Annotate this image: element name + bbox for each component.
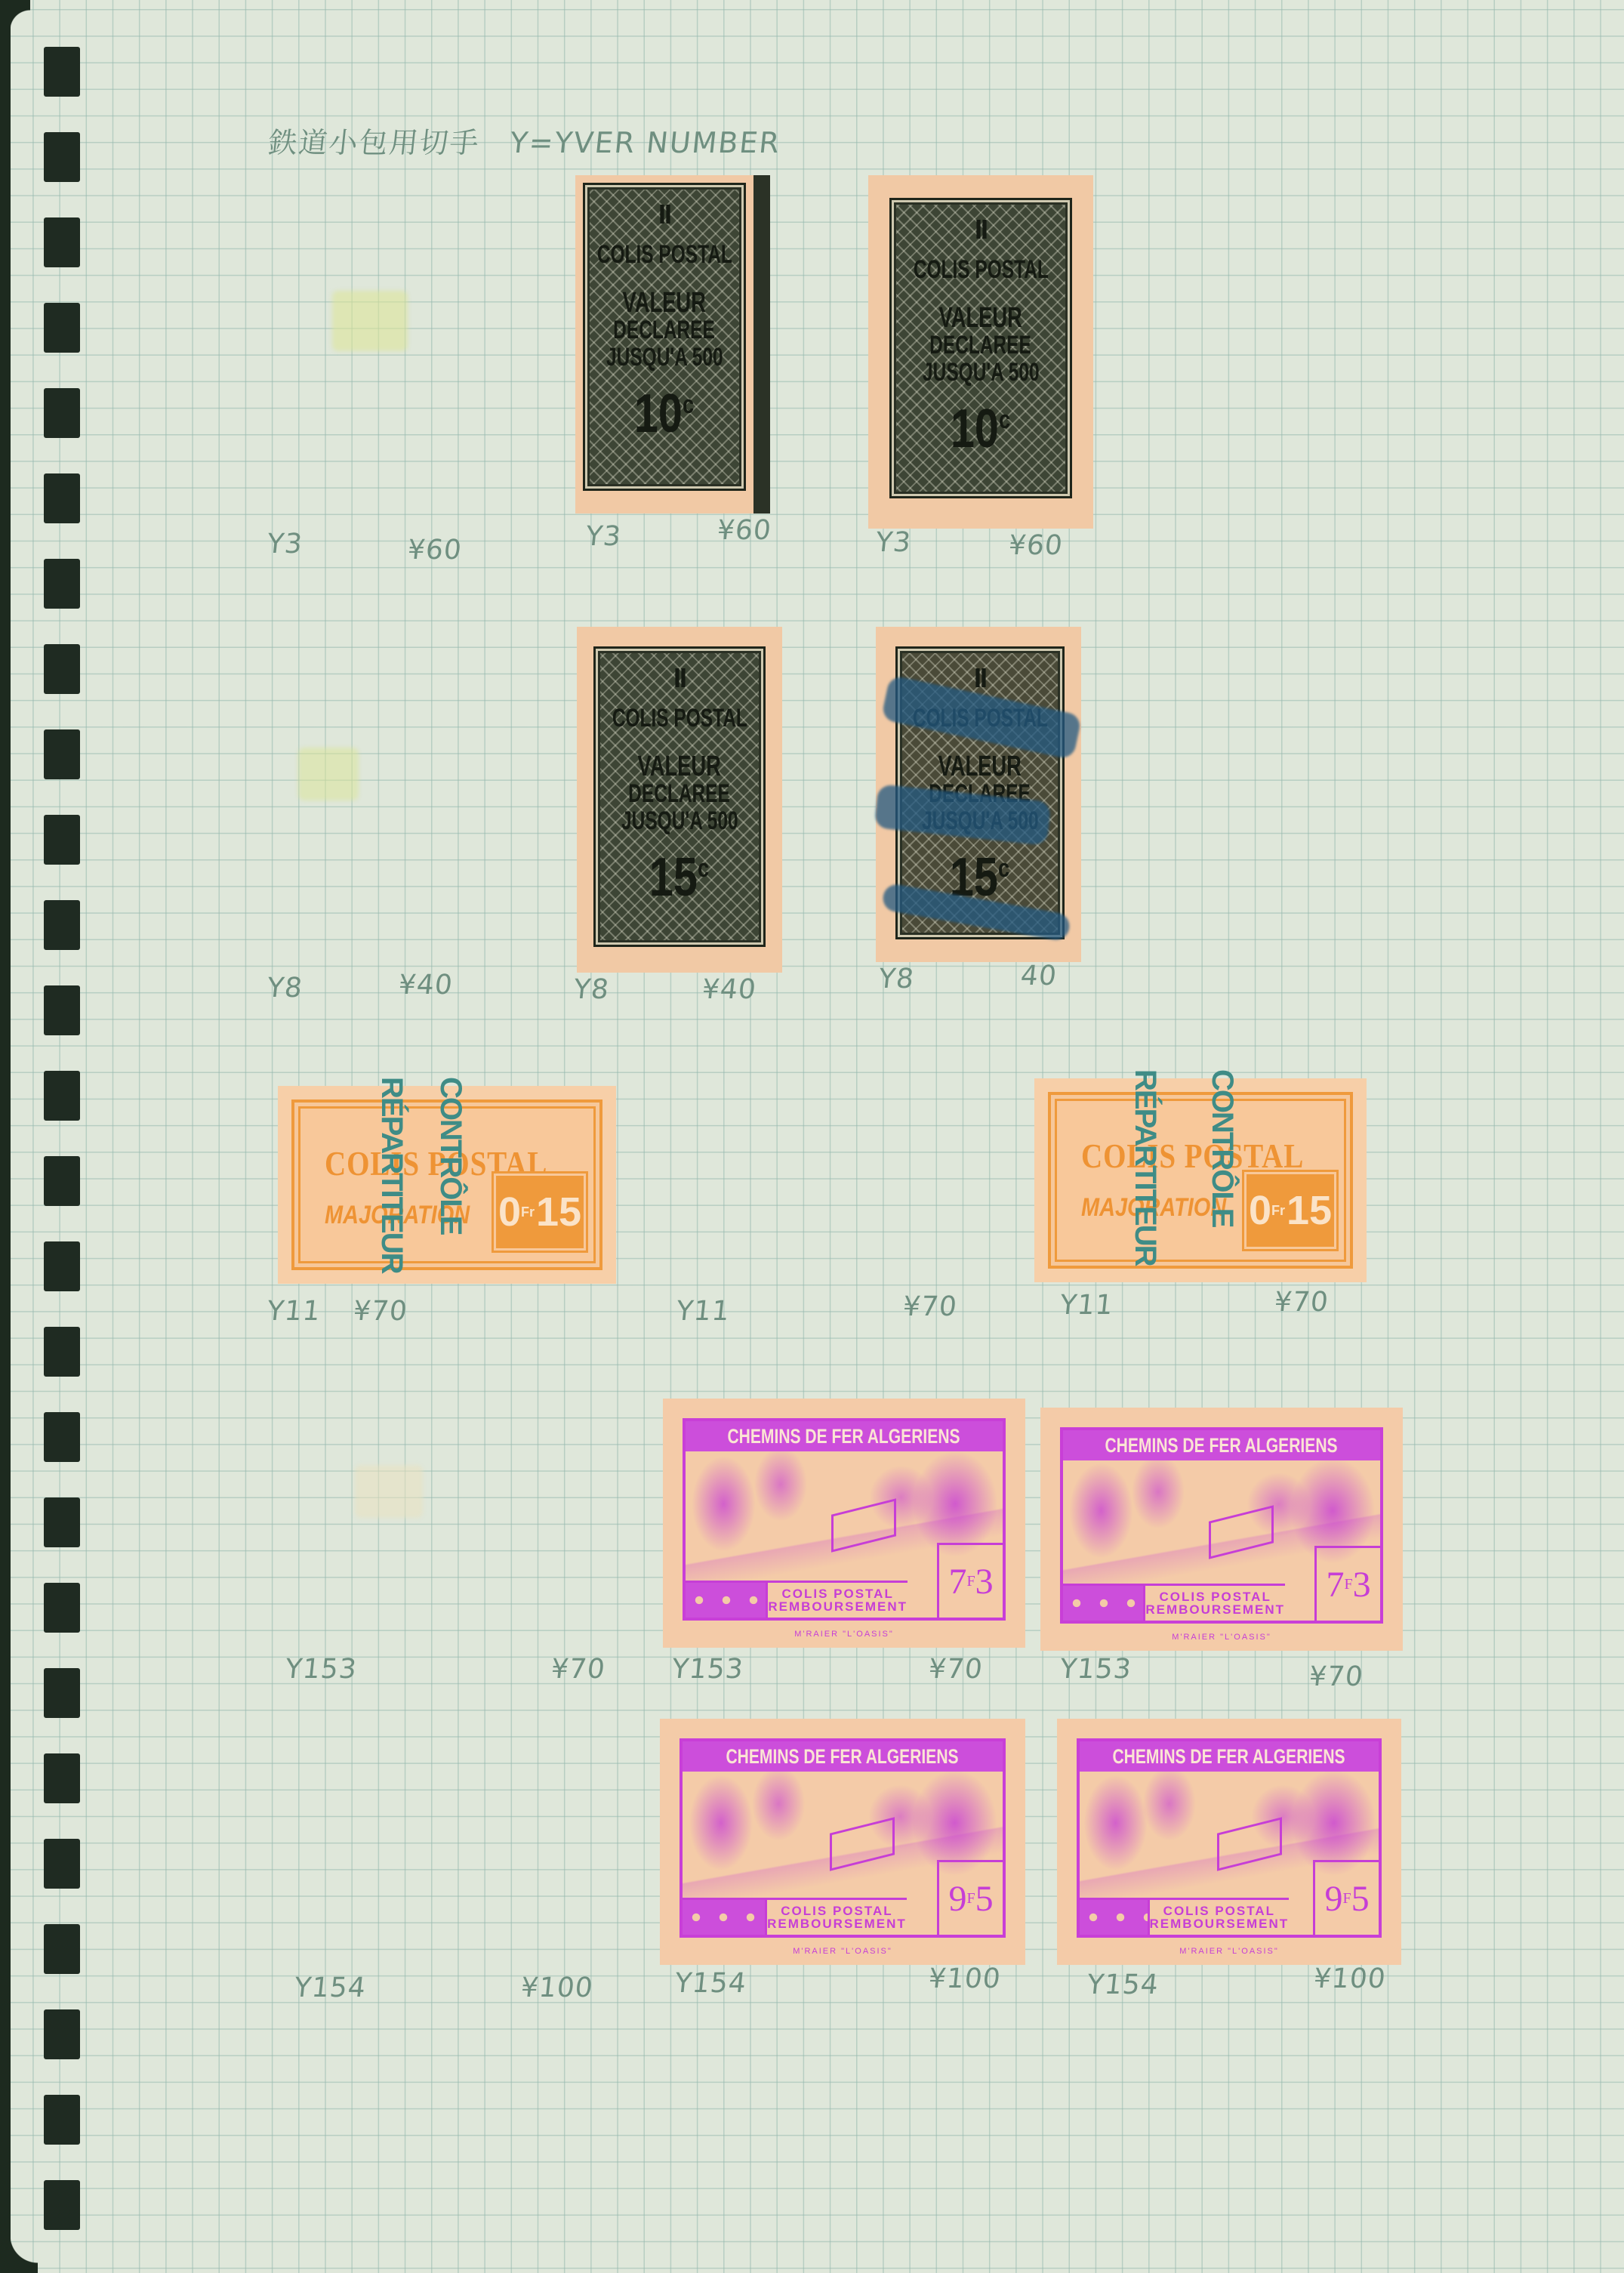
catalog-label: Y154 — [293, 1972, 368, 2003]
price-label: ¥60 — [406, 535, 464, 566]
overprint-repartiteur: RÉPARTITEUR — [374, 1077, 408, 1251]
overprint-repartiteur: RÉPARTITEUR — [1128, 1069, 1162, 1243]
price-label: ¥70 — [550, 1654, 607, 1685]
price-label: ¥70 — [352, 1296, 409, 1327]
stamp-y154-2[interactable]: CHEMINS DE FER ALGERIENS COLIS POSTALREM… — [1057, 1719, 1401, 1965]
price-label: ¥60 — [1007, 530, 1065, 561]
binder-hole — [44, 2009, 80, 2059]
catalog-label: Y154 — [673, 1968, 748, 1999]
price-label: ¥70 — [1308, 1661, 1365, 1692]
price-label: ¥40 — [701, 974, 758, 1005]
stamp-y8-1[interactable]: II COLIS POSTAL VALEUR DECLAREE JUSQU'A … — [577, 627, 782, 973]
binder-hole — [44, 1156, 80, 1206]
stamp-y153-1[interactable]: CHEMINS DE FER ALGERIENS COLIS POSTALREM… — [663, 1399, 1025, 1648]
catalog-label: Y11 — [266, 1296, 322, 1327]
stamp-y8-2-cancelled[interactable]: II COLIS POSTAL VALEUR DECLAREE JUSQU'A … — [876, 627, 1081, 962]
price-label: ¥70 — [901, 1291, 959, 1322]
page-corner-bottom — [0, 2235, 38, 2273]
overprint-controle: CONTRÔLE — [433, 1077, 467, 1251]
binder-hole — [44, 985, 80, 1035]
price-label: ¥100 — [927, 1963, 1003, 1994]
binder-hole — [44, 559, 80, 609]
catalog-label: Y153 — [284, 1654, 359, 1685]
catalog-label: Y3 — [584, 521, 623, 552]
binder-hole — [44, 2180, 80, 2230]
catalog-label: Y11 — [675, 1296, 732, 1327]
price-label: ¥100 — [1312, 1963, 1388, 1994]
stamp-y153-2[interactable]: CHEMINS DE FER ALGERIENS COLIS POSTALREM… — [1040, 1408, 1403, 1651]
binder-hole — [44, 2095, 80, 2145]
page-title: 鉄道小包用切手 Y=YVER NUMBER — [267, 119, 783, 161]
page-corner-top — [0, 0, 30, 30]
binder-hole — [44, 303, 80, 353]
hinge-stain — [355, 1465, 423, 1518]
binder-hole — [44, 1583, 80, 1633]
price-label: ¥70 — [927, 1654, 985, 1685]
binder-hole — [44, 900, 80, 950]
catalog-label: Y8 — [266, 973, 304, 1004]
stamp-y3-1[interactable]: II COLIS POSTAL VALEUR DECLAREE JUSQU'A … — [575, 175, 770, 514]
price-label: ¥60 — [716, 515, 773, 546]
binder-hole — [44, 644, 80, 694]
catalog-label: Y8 — [877, 964, 916, 995]
binder-hole — [44, 132, 80, 182]
binder-hole — [44, 1241, 80, 1291]
stamp-y11-1[interactable]: COLIS POSTAL MAJORATION 0Fr15 CONTRÔLE R… — [278, 1086, 616, 1284]
price-label: ¥100 — [519, 1972, 595, 2003]
catalog-label: Y154 — [1086, 1969, 1160, 2000]
catalog-label: Y153 — [1059, 1654, 1133, 1685]
catalog-label: Y153 — [670, 1654, 745, 1685]
hinge-stain — [332, 291, 408, 351]
price-label: ¥40 — [397, 970, 455, 1001]
stamp-y154-1[interactable]: CHEMINS DE FER ALGERIENS COLIS POSTALREM… — [660, 1719, 1025, 1965]
adjacent-stamp-edge — [753, 175, 770, 514]
binder-hole — [44, 815, 80, 865]
binder-hole — [44, 729, 80, 779]
binder-hole — [44, 388, 80, 438]
binder-hole — [44, 1071, 80, 1121]
catalog-label: Y3 — [874, 527, 913, 558]
stamp-y11-2[interactable]: COLIS POSTAL MAJORATION 0Fr15 CONTRÔLE R… — [1034, 1078, 1367, 1282]
binder-spine — [0, 0, 11, 2273]
overprint-controle: CONTRÔLE — [1205, 1069, 1239, 1243]
binder-hole — [44, 1839, 80, 1889]
binder-hole — [44, 1497, 80, 1547]
catalog-label: Y3 — [266, 529, 304, 560]
binder-hole — [44, 1924, 80, 1974]
binder-hole — [44, 1668, 80, 1718]
binder-hole — [44, 1327, 80, 1377]
binder-hole — [44, 473, 80, 523]
catalog-label: Y11 — [1059, 1290, 1115, 1321]
binder-hole — [44, 1753, 80, 1803]
price-label: 40 — [1019, 961, 1059, 992]
price-label: ¥70 — [1273, 1287, 1330, 1318]
hinge-stain — [298, 748, 359, 800]
binder-hole — [44, 1412, 80, 1462]
binder-hole — [44, 217, 80, 267]
binder-hole — [44, 47, 80, 97]
catalog-label: Y8 — [572, 974, 611, 1005]
stamp-y3-2[interactable]: II COLIS POSTAL VALEUR DECLAREE JUSQU'A … — [868, 175, 1093, 529]
